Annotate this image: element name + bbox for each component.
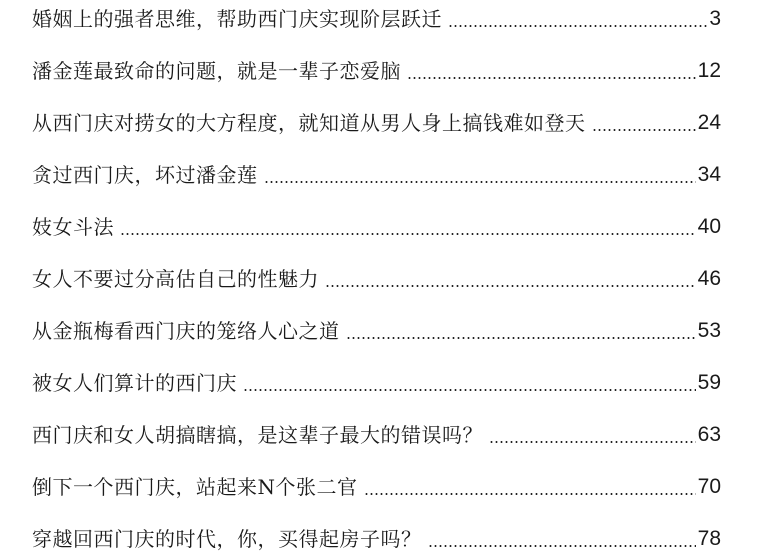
toc-entry[interactable]: 倒下一个西门庆，站起来N个张二官 70 [32, 471, 721, 501]
toc-entry-title: 被女人们算计的西门庆 [32, 369, 237, 397]
toc-entry[interactable]: 被女人们算计的西门庆 59 [32, 367, 721, 397]
dot-leader [448, 25, 707, 27]
toc-entry-page: 78 [698, 525, 721, 553]
dot-leader [364, 493, 696, 495]
toc-entry-title: 贪过西门庆，坏过潘金莲 [32, 161, 258, 189]
toc-entry-title: 潘金莲最致命的问题，就是一辈子恋爱脑 [32, 57, 401, 85]
toc-entry-page: 3 [709, 5, 721, 33]
toc-entry-page: 53 [698, 317, 721, 345]
toc-entry[interactable]: 潘金莲最致命的问题，就是一辈子恋爱脑 12 [32, 55, 721, 85]
toc-entry[interactable]: 从西门庆对捞女的大方程度，就知道从男人身上搞钱难如登天 24 [32, 107, 721, 137]
dot-leader [264, 181, 696, 183]
dot-leader [428, 545, 696, 547]
toc-entry-page: 12 [698, 57, 721, 85]
toc-entry[interactable]: 妓女斗法 40 [32, 211, 721, 241]
toc-entry-page: 24 [698, 109, 721, 137]
toc-entry[interactable]: 穿越回西门庆的时代，你，买得起房子吗？ 78 [32, 523, 721, 553]
toc-entry[interactable]: 女人不要过分高估自己的性魅力 46 [32, 263, 721, 293]
toc-entry-page: 59 [698, 369, 721, 397]
dot-leader [243, 389, 696, 391]
toc-entry-title: 从金瓶梅看西门庆的笼络人心之道 [32, 317, 340, 345]
toc-entry-page: 46 [698, 265, 721, 293]
toc-entry[interactable]: 西门庆和女人胡搞瞎搞，是这辈子最大的错误吗？ 63 [32, 419, 721, 449]
toc-entry-title: 穿越回西门庆的时代，你，买得起房子吗？ [32, 525, 422, 553]
toc-entry[interactable]: 贪过西门庆，坏过潘金莲 34 [32, 159, 721, 189]
dot-leader [407, 77, 696, 79]
toc-entry-title: 妓女斗法 [32, 213, 114, 241]
dot-leader [325, 285, 696, 287]
dot-leader [592, 129, 696, 131]
toc-entry-title: 倒下一个西门庆，站起来N个张二官 [32, 473, 358, 501]
dot-leader [120, 233, 696, 235]
toc-entry-page: 40 [698, 213, 721, 241]
toc-entry-page: 63 [698, 421, 721, 449]
dot-leader [346, 337, 696, 339]
toc-entry-title: 女人不要过分高估自己的性魅力 [32, 265, 319, 293]
toc-entry-title: 西门庆和女人胡搞瞎搞，是这辈子最大的错误吗？ [32, 421, 483, 449]
toc-entry[interactable]: 从金瓶梅看西门庆的笼络人心之道 53 [32, 315, 721, 345]
dot-leader [489, 441, 696, 443]
toc-entry-page: 70 [698, 473, 721, 501]
toc-entry-title: 婚姻上的强者思维，帮助西门庆实现阶层跃迁 [32, 5, 442, 33]
toc-entry-title: 从西门庆对捞女的大方程度，就知道从男人身上搞钱难如登天 [32, 109, 586, 137]
toc-entry-page: 34 [698, 161, 721, 189]
toc-entry[interactable]: 婚姻上的强者思维，帮助西门庆实现阶层跃迁 3 [32, 3, 721, 33]
